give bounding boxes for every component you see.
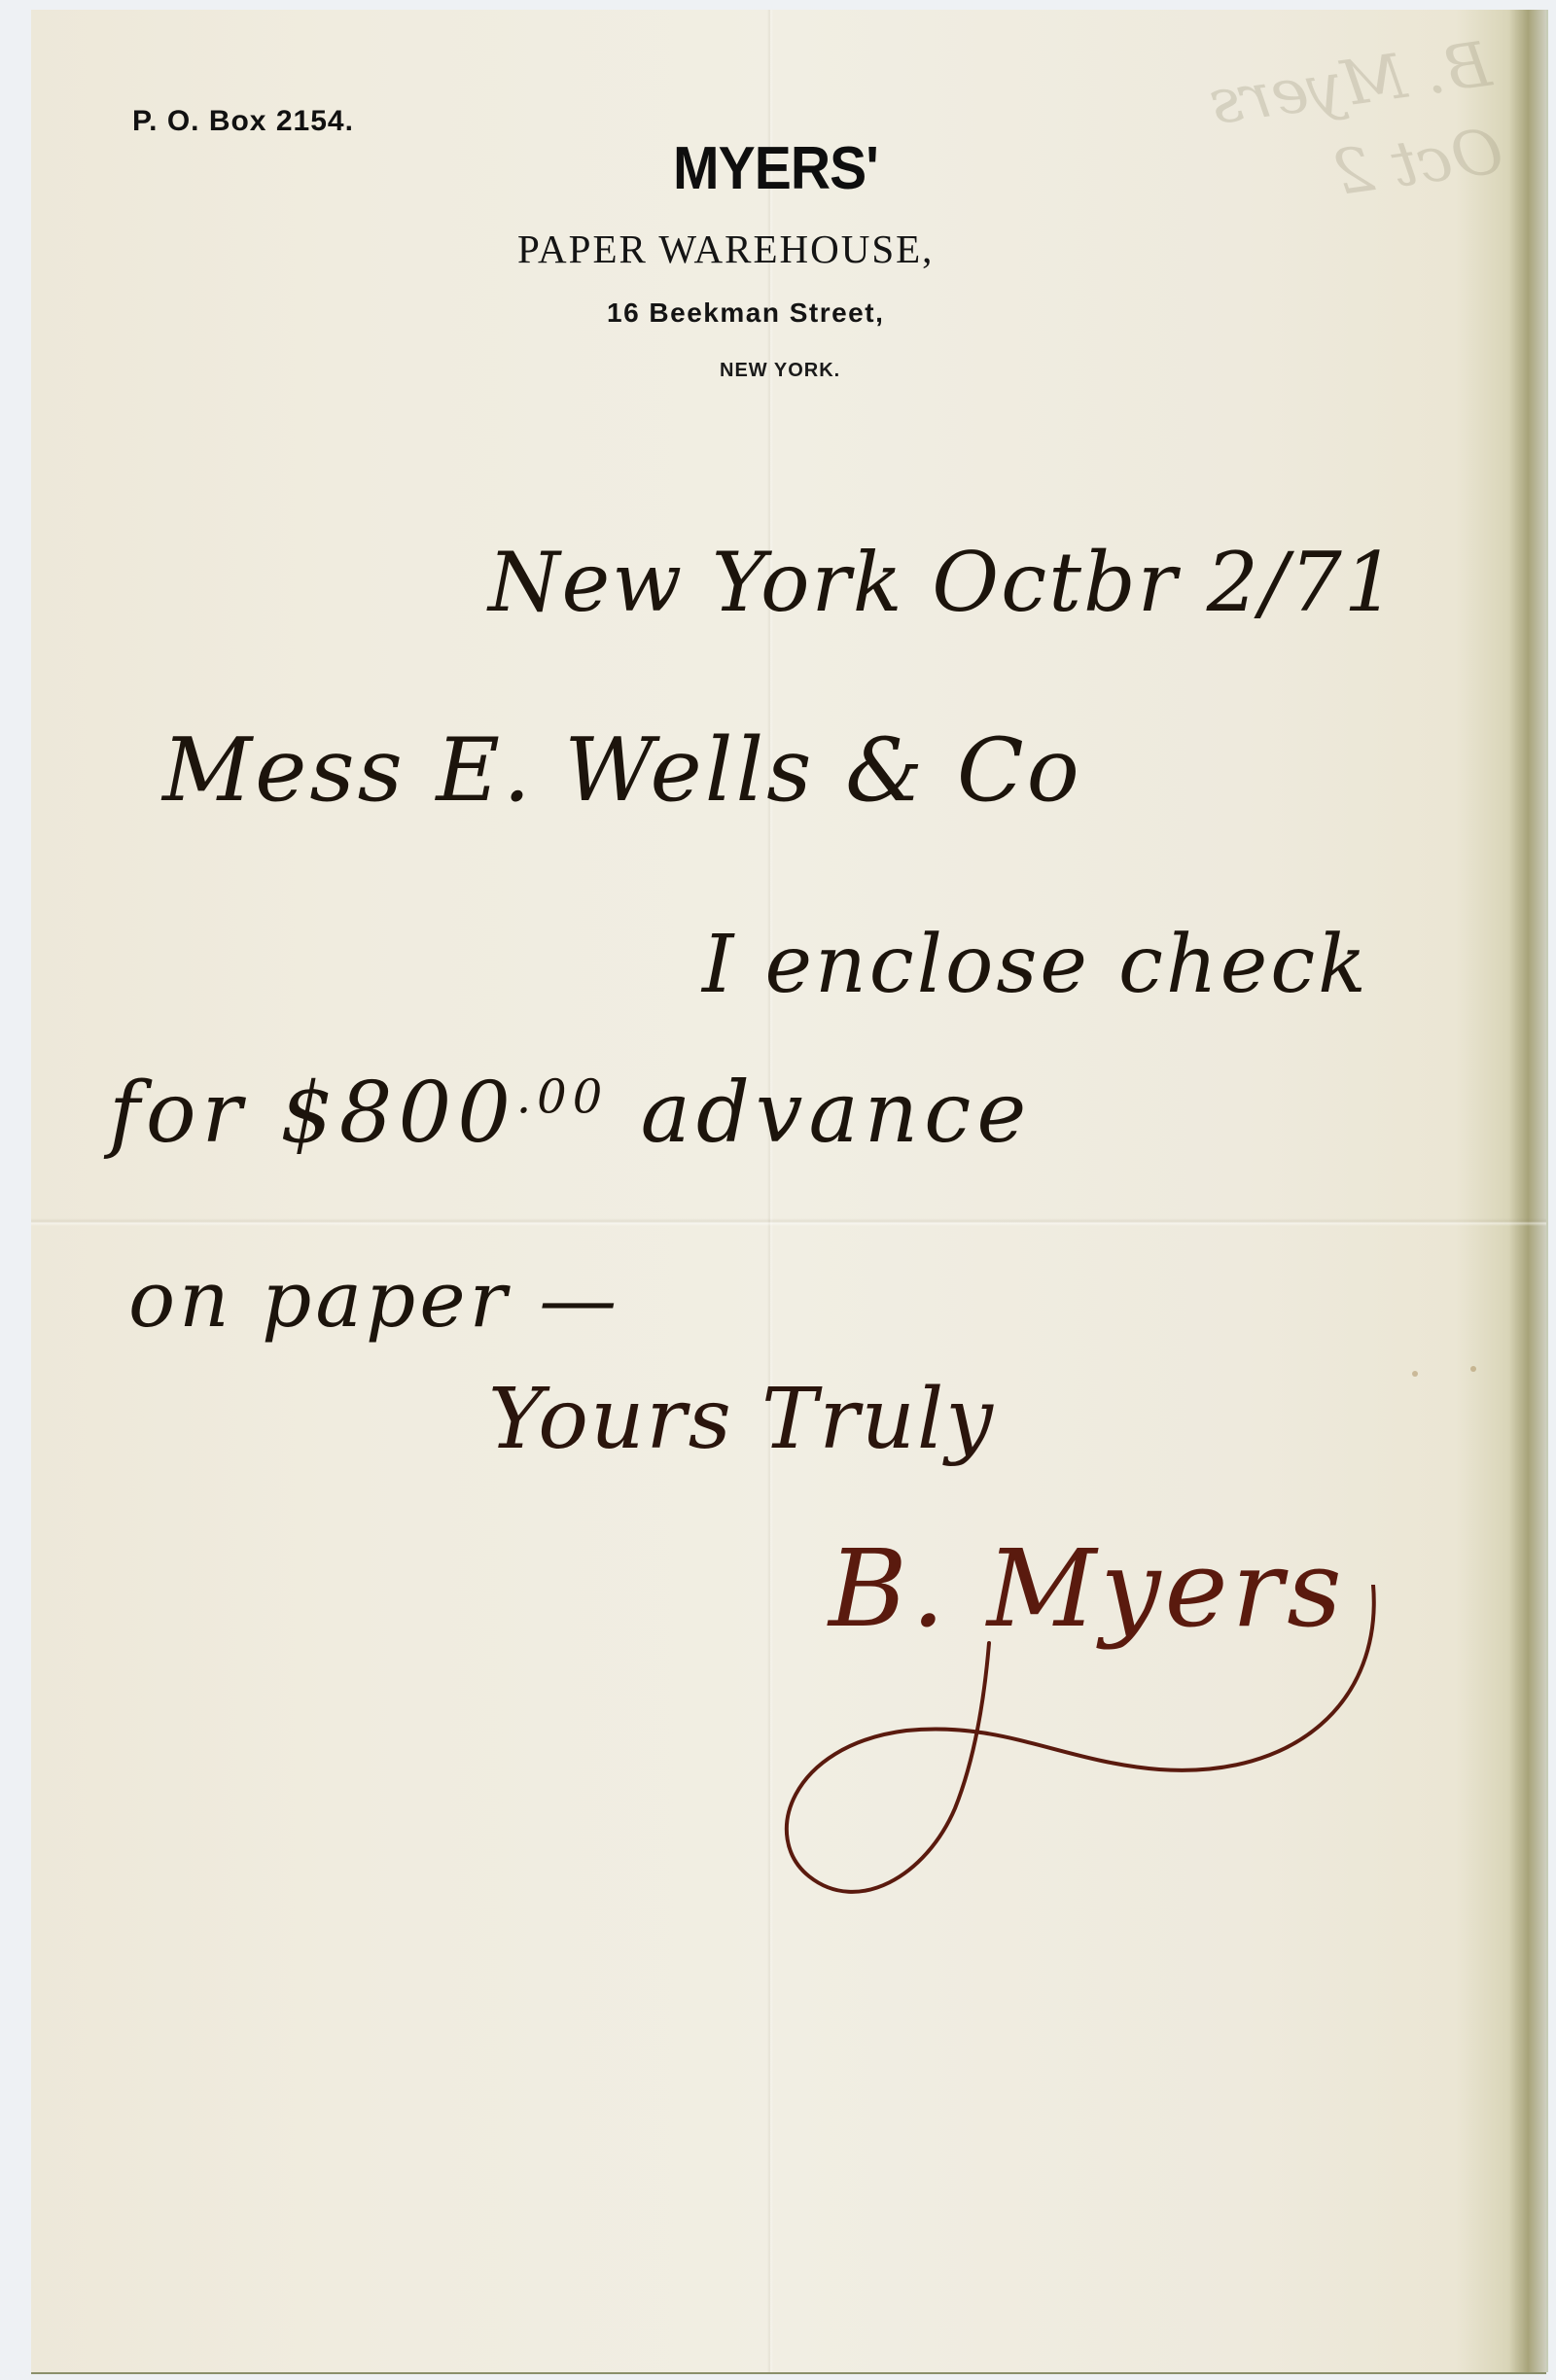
signature-flourish-icon — [751, 1585, 1432, 1906]
city-name: NEW YORK. — [720, 360, 840, 382]
handwritten-body-line-3: on paper — — [128, 1254, 620, 1345]
handwritten-body-line-2: for $800.00 advance — [109, 1065, 1032, 1162]
check-amount-cents: .00 — [516, 1069, 608, 1124]
street-address: 16 Beekman Street, — [607, 297, 884, 329]
po-box-text: P. O. Box 2154. — [132, 105, 354, 138]
handwritten-closing: Yours Truly — [488, 1371, 995, 1468]
handwritten-salutation: Mess E. Wells & Co — [162, 719, 1082, 822]
handwritten-body-line-1: I enclose check — [702, 919, 1369, 1011]
handwritten-dateline: New York Octbr 2/71 — [488, 535, 1397, 630]
letter-paper: B. Myers Oct 2 P. O. Box 2154. MYERS' PA… — [31, 10, 1546, 2372]
reverse-side-bleed-through: B. Myers Oct 2 — [1079, 21, 1511, 271]
ink-speck — [1470, 1366, 1476, 1372]
ink-speck — [1412, 1371, 1418, 1377]
company-subtitle: PAPER WAREHOUSE, — [517, 226, 934, 272]
horizontal-fold-crease — [31, 1218, 1546, 1226]
company-name: MYERS' — [673, 134, 878, 203]
check-amount: for $800 — [109, 1065, 516, 1162]
advance-word: advance — [608, 1065, 1032, 1162]
